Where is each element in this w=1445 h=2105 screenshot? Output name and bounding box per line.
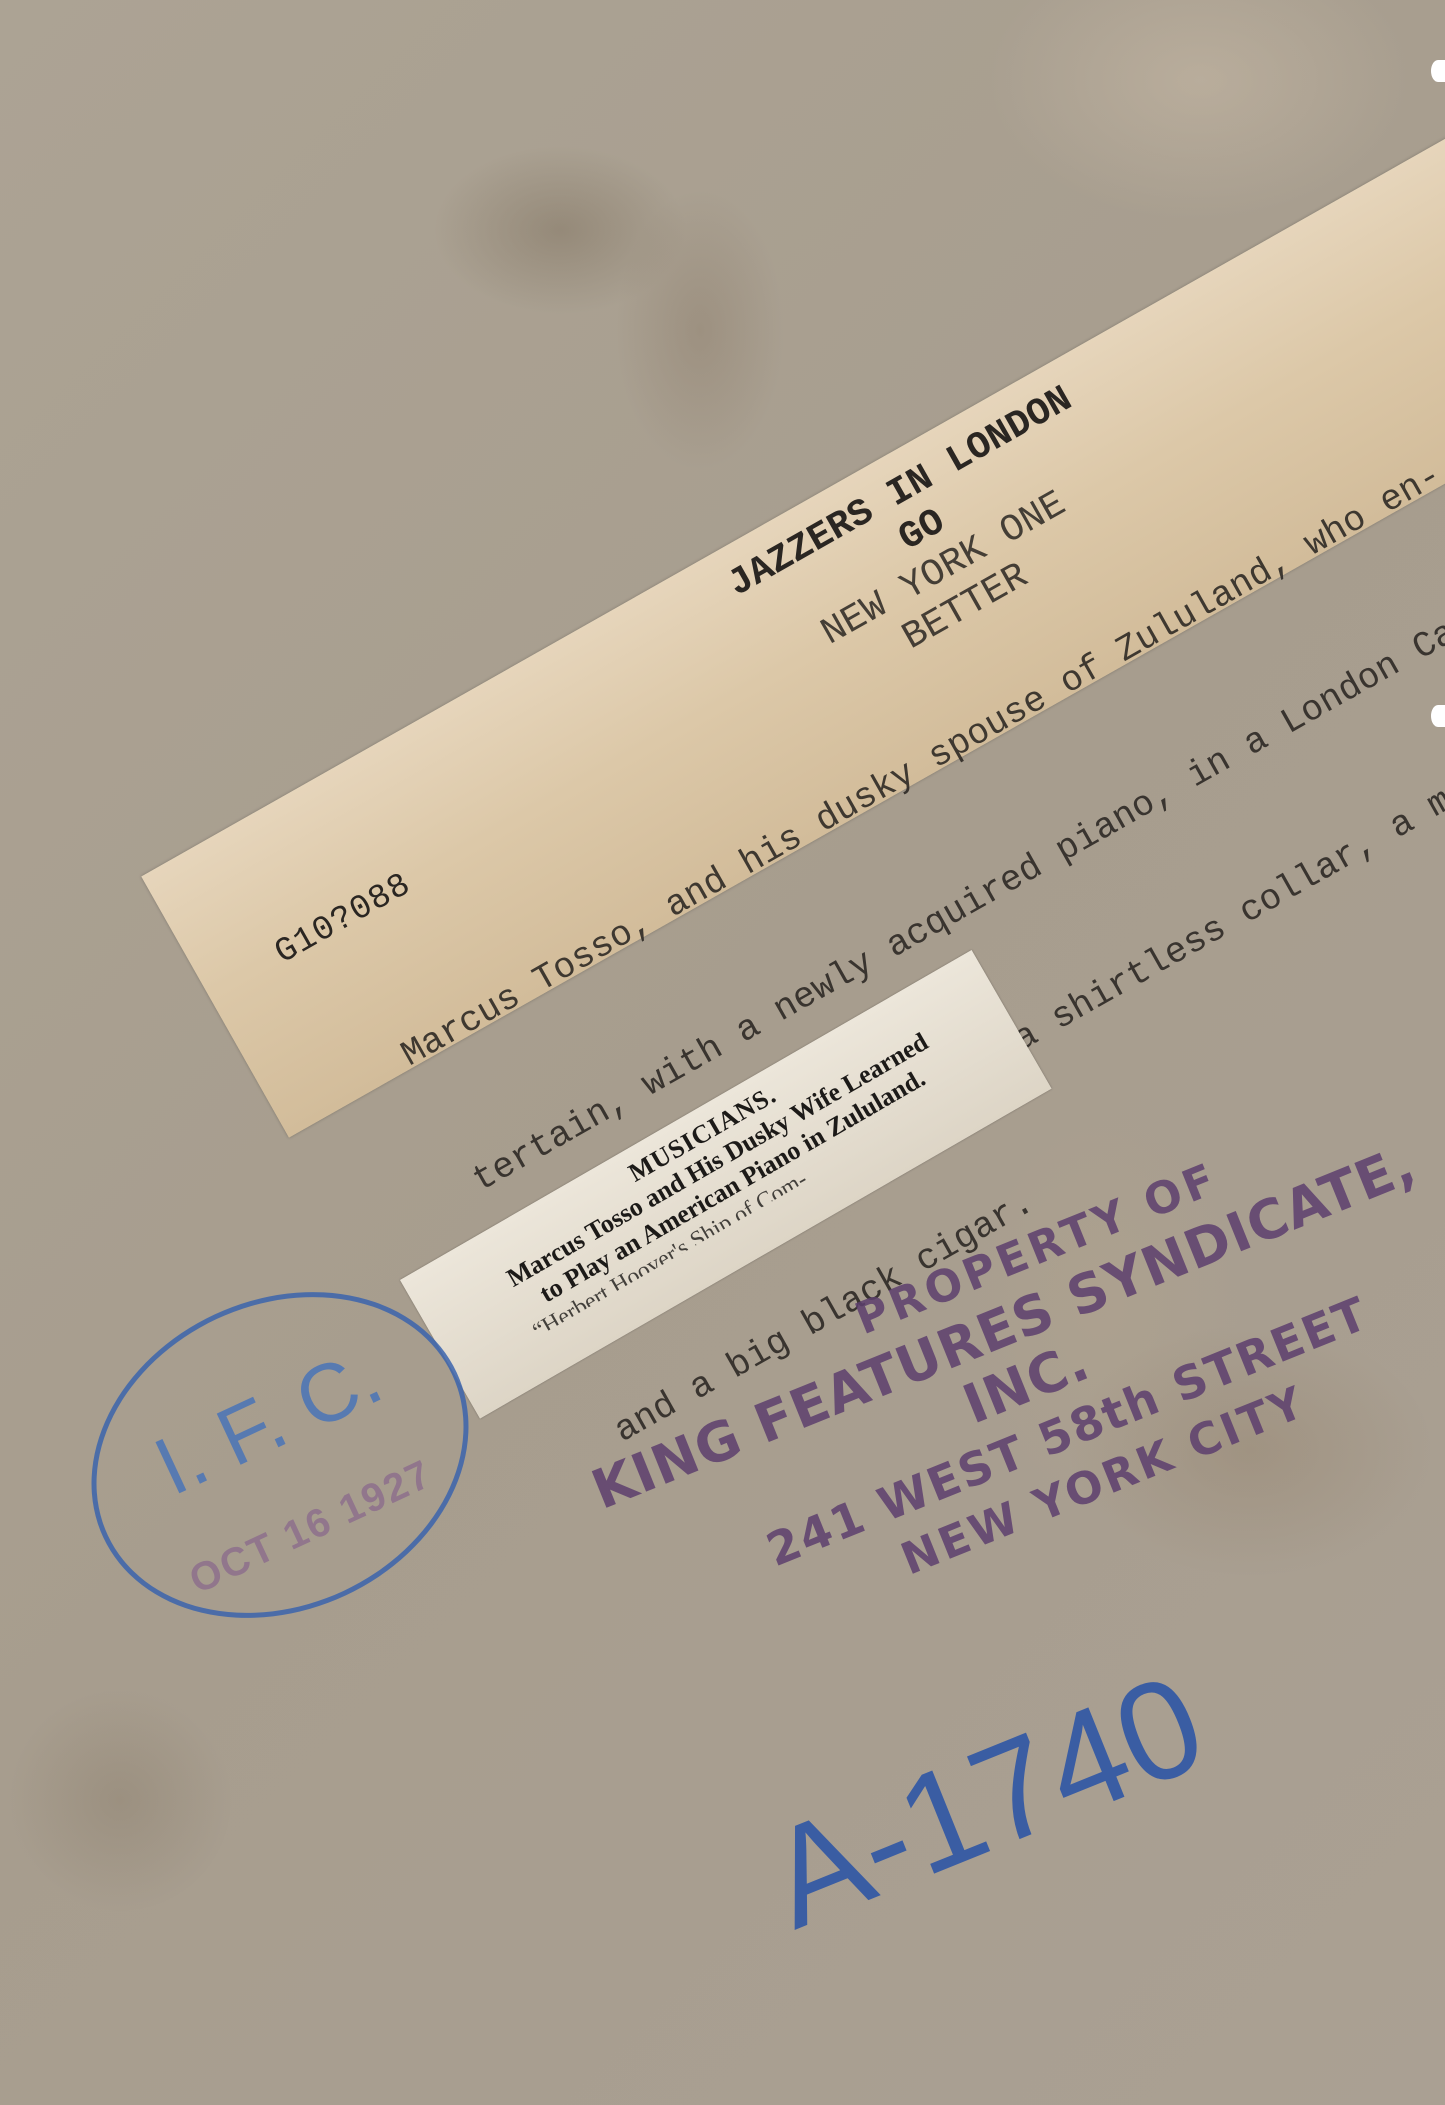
edge-tear-top: [1431, 60, 1445, 82]
catalog-number: A-1740: [746, 1641, 1225, 1960]
typed-caption-label: G10?088 JAZZERS IN LONDON GO NEW YORK ON…: [141, 138, 1445, 1138]
